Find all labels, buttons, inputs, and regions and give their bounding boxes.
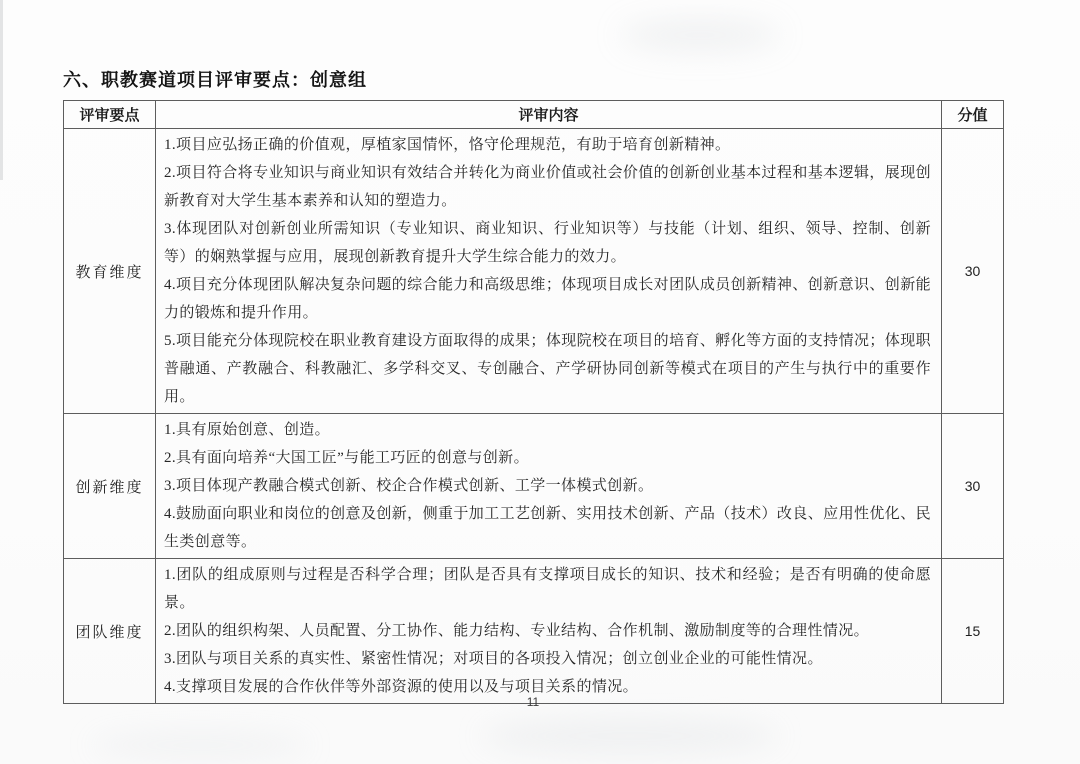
header-review-point: 评审要点: [64, 101, 156, 129]
page-number: 11: [0, 695, 1066, 709]
score-value: 15: [942, 559, 1004, 704]
criteria-item: 4.鼓励面向职业和岗位的创意及创新，侧重于加工工艺创新、实用技术创新、产品（技术…: [164, 500, 931, 556]
criteria-item: 1.团队的组成原则与过程是否科学合理；团队是否具有支撑项目成长的知识、技术和经验…: [164, 561, 931, 617]
table-header-row: 评审要点 评审内容 分值: [64, 101, 1004, 129]
criteria-item: 5.项目能充分体现院校在职业教育建设方面取得的成果；体现院校在项目的培育、孵化等…: [164, 327, 931, 411]
criteria-content-cell: 1.团队的组成原则与过程是否科学合理；团队是否具有支撑项目成长的知识、技术和经验…: [156, 559, 942, 704]
criteria-content-cell: 1.具有原始创意、创造。 2.具有面向培养“大国工匠”与能工巧匠的创意与创新。 …: [156, 414, 942, 559]
dimension-label: 教育维度: [64, 129, 156, 414]
review-criteria-table: 评审要点 评审内容 分值 教育维度 1.项目应弘扬正确的价值观，厚植家国情怀，恪…: [63, 100, 1004, 704]
criteria-item: 4.项目充分体现团队解决复杂问题的综合能力和高级思维；体现项目成长对团队成员创新…: [164, 271, 931, 327]
criteria-item: 2.具有面向培养“大国工匠”与能工巧匠的创意与创新。: [164, 444, 931, 472]
document-page: 六、职教赛道项目评审要点：创意组 评审要点 评审内容 分值 教育维度 1.项目应…: [0, 0, 1080, 764]
criteria-item: 1.项目应弘扬正确的价值观，厚植家国情怀，恪守伦理规范，有助于培育创新精神。: [164, 131, 931, 159]
criteria-item: 3.体现团队对创新创业所需知识（专业知识、商业知识、行业知识等）与技能（计划、组…: [164, 215, 931, 271]
header-review-content: 评审内容: [156, 101, 942, 129]
header-score: 分值: [942, 101, 1004, 129]
table-row-innovation: 创新维度 1.具有原始创意、创造。 2.具有面向培养“大国工匠”与能工巧匠的创意…: [64, 414, 1004, 559]
scan-smudge: [480, 716, 780, 756]
table-row-team: 团队维度 1.团队的组成原则与过程是否科学合理；团队是否具有支撑项目成长的知识、…: [64, 559, 1004, 704]
section-title: 六、职教赛道项目评审要点：创意组: [63, 66, 367, 92]
criteria-item: 2.项目符合将专业知识与商业知识有效结合并转化为商业价值或社会价值的创新创业基本…: [164, 159, 931, 215]
score-value: 30: [942, 129, 1004, 414]
score-value: 30: [942, 414, 1004, 559]
criteria-content-cell: 1.项目应弘扬正确的价值观，厚植家国情怀，恪守伦理规范，有助于培育创新精神。 2…: [156, 129, 942, 414]
dimension-label: 创新维度: [64, 414, 156, 559]
criteria-item: 2.团队的组织构架、人员配置、分工协作、能力结构、专业结构、合作机制、激励制度等…: [164, 617, 931, 645]
dimension-label: 团队维度: [64, 559, 156, 704]
criteria-item: 3.团队与项目关系的真实性、紧密性情况；对项目的各项投入情况；创立创业企业的可能…: [164, 645, 931, 673]
criteria-item: 1.具有原始创意、创造。: [164, 416, 931, 444]
scan-smudge: [620, 18, 780, 52]
scan-smudge: [90, 730, 310, 760]
table-row-education: 教育维度 1.项目应弘扬正确的价值观，厚植家国情怀，恪守伦理规范，有助于培育创新…: [64, 129, 1004, 414]
scan-edge-artifact: [0, 0, 3, 180]
criteria-item: 3.项目体现产教融合模式创新、校企合作模式创新、工学一体模式创新。: [164, 472, 931, 500]
